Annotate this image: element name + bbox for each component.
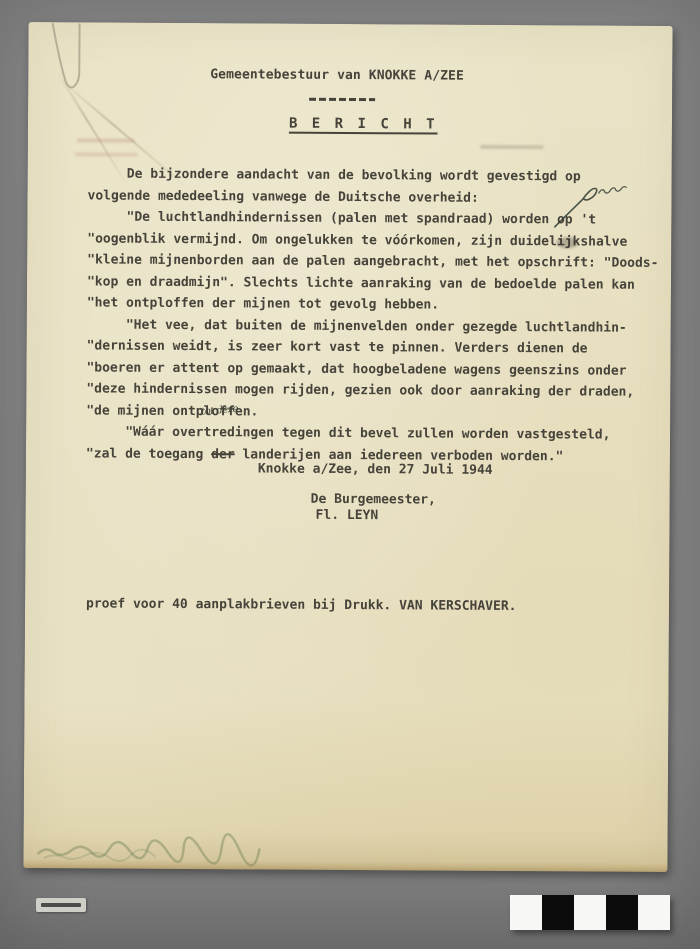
faint-stamp-impression [77,138,135,142]
printer-proof-note: proef voor 40 aanplakbrieven bij Drukk. … [86,596,517,614]
line-prefix: "zal de toegang [86,446,211,462]
faint-stamp-impression [75,152,138,156]
scale-square-black [606,895,638,930]
label-stripe [41,903,81,907]
scale-square-black [542,895,574,930]
archive-reference-label [36,898,86,912]
scale-square-white [638,895,670,930]
signature-name: Fl. LEYN [316,508,379,523]
body-line: "het ontploffen der mijnen tot gevolg he… [87,292,658,317]
dashed-separator [309,98,375,101]
paperclip-imprint-mark [43,22,119,117]
ink-smudge [556,237,578,248]
document-paper: Gemeentebestuur van KNOKKE A/ZEE B E R I… [23,22,672,872]
body-line: "kleine mijnenborden aan de palen aangeb… [87,249,658,274]
scale-square-white [574,895,606,930]
scale-square-white [510,895,542,930]
dateline: Knokke a/Zee, den 27 Juli 1944 [258,461,493,477]
document-title: B E R I C H T [289,116,438,133]
archival-photo-stage: Gemeentebestuur van KNOKKE A/ZEE B E R I… [0,0,700,949]
document-header: Gemeentebestuur van KNOKKE A/ZEE [210,67,464,84]
faint-stamp-impression [480,145,544,149]
body-line: "deze hindernissen mogen rijden, gezien … [86,378,657,403]
body-line: "Wáár overtredingen tegen dit bevel zull… [86,421,657,446]
struck-word: der [211,447,235,462]
pencil-scribble [33,840,293,866]
pen-flourish-annotation [532,175,627,236]
photographic-scale-bar [510,895,670,930]
body-line: "dernissen weidt, is zeer kort vast te p… [87,335,658,360]
signature-role: De Burgemeester, [311,492,436,508]
